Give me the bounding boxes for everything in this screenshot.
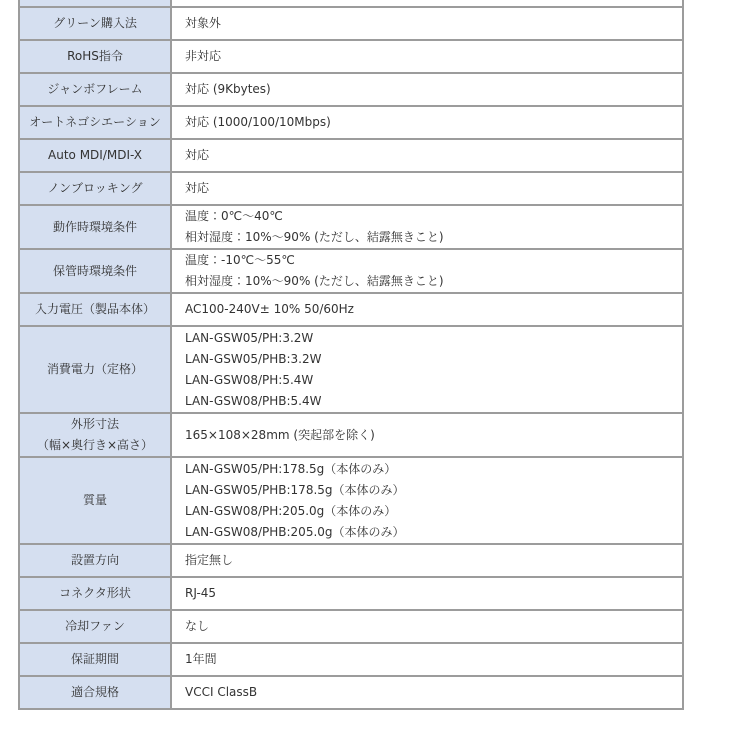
spec-text-line: オートネゴシエーション [20,112,170,133]
spec-label-cell [19,0,171,7]
spec-text-line: LAN-GSW08/PH:205.0g（本体のみ） [185,501,676,522]
spec-label-cell: 入力電圧（製品本体） [19,293,171,326]
spec-label-cell: 適合規格 [19,676,171,709]
table-row: オートネゴシエーション対応 (1000/100/10Mbps) [19,106,683,139]
spec-text-line: グリーン購入法 [20,13,170,34]
spec-label-cell: コネクタ形状 [19,577,171,610]
spec-label-cell: 設置方向 [19,544,171,577]
spec-text-line: ジャンボフレーム [20,79,170,100]
spec-text-line: Auto MDI/MDI-X [20,145,170,166]
spec-label-cell: 冷却ファン [19,610,171,643]
spec-value-cell: 対応 (9Kbytes) [171,73,683,106]
spec-text-line: RJ-45 [185,583,676,604]
spec-text-line: 温度：-10℃～55℃ [185,250,676,271]
spec-text-line: 対象外 [185,13,676,34]
spec-label-cell: 質量 [19,457,171,544]
table-row: RoHS指令非対応 [19,40,683,73]
spec-value-cell: 温度：0℃～40℃相対湿度：10%～90% (ただし、結露無きこと) [171,205,683,249]
spec-value-cell: 温度：-10℃～55℃相対湿度：10%～90% (ただし、結露無きこと) [171,249,683,293]
spec-value-cell [171,0,683,7]
table-row: 設置方向指定無し [19,544,683,577]
table-row: 質量LAN-GSW05/PH:178.5g（本体のみ）LAN-GSW05/PHB… [19,457,683,544]
spec-table-body: グリーン購入法対象外RoHS指令非対応ジャンボフレーム対応 (9Kbytes)オ… [19,0,683,709]
spec-label-cell: RoHS指令 [19,40,171,73]
spec-value-cell: 対応 [171,172,683,205]
spec-text-line: 冷却ファン [20,616,170,637]
spec-value-cell: 指定無し [171,544,683,577]
spec-label-cell: 外形寸法（幅×奥行き×高さ） [19,413,171,457]
spec-label-cell: オートネゴシエーション [19,106,171,139]
spec-text-line: RoHS指令 [20,46,170,67]
table-row: 保証期間1年間 [19,643,683,676]
spec-text-line: AC100-240V± 10% 50/60Hz [185,299,676,320]
spec-value-cell: 対応 [171,139,683,172]
spec-text-line: 対応 [185,145,676,166]
spec-text-line: 非対応 [185,46,676,67]
table-row: 外形寸法（幅×奥行き×高さ）165×108×28mm (突起部を除く) [19,413,683,457]
spec-label-cell: 保管時環境条件 [19,249,171,293]
spec-text-line: LAN-GSW08/PHB:5.4W [185,391,676,412]
table-row: 冷却ファンなし [19,610,683,643]
spec-label-cell: グリーン購入法 [19,7,171,40]
spec-text-line: （幅×奥行き×高さ） [20,435,170,456]
spec-text-line: 指定無し [185,550,676,571]
spec-text-line: 温度：0℃～40℃ [185,206,676,227]
spec-text-line: 適合規格 [20,682,170,703]
spec-value-cell: 165×108×28mm (突起部を除く) [171,413,683,457]
table-row: 保管時環境条件温度：-10℃～55℃相対湿度：10%～90% (ただし、結露無き… [19,249,683,293]
spec-value-cell: VCCI ClassB [171,676,683,709]
spec-text-line: LAN-GSW08/PH:5.4W [185,370,676,391]
spec-text-line: VCCI ClassB [185,682,676,703]
spec-text-line: なし [185,616,676,637]
spec-label-cell: Auto MDI/MDI-X [19,139,171,172]
spec-label-cell: ノンブロッキング [19,172,171,205]
spec-text-line: 設置方向 [20,550,170,571]
table-row: 適合規格VCCI ClassB [19,676,683,709]
spec-text-line: 消費電力（定格） [20,359,170,380]
table-row: ノンブロッキング対応 [19,172,683,205]
spec-label-cell: ジャンボフレーム [19,73,171,106]
spec-text-line: 質量 [20,490,170,511]
spec-text-line: LAN-GSW08/PHB:205.0g（本体のみ） [185,522,676,543]
spec-value-cell: 対応 (1000/100/10Mbps) [171,106,683,139]
spec-text-line: 対応 (1000/100/10Mbps) [185,112,676,133]
spec-table: グリーン購入法対象外RoHS指令非対応ジャンボフレーム対応 (9Kbytes)オ… [18,0,684,710]
spec-value-cell: 1年間 [171,643,683,676]
table-row: Auto MDI/MDI-X対応 [19,139,683,172]
spec-text-line: 対応 (9Kbytes) [185,79,676,100]
spec-label-cell: 動作時環境条件 [19,205,171,249]
spec-text-line: 相対湿度：10%～90% (ただし、結露無きこと) [185,227,676,248]
spec-text-line: ノンブロッキング [20,178,170,199]
spec-text-line: 動作時環境条件 [20,217,170,238]
table-row: 入力電圧（製品本体）AC100-240V± 10% 50/60Hz [19,293,683,326]
spec-text-line: 165×108×28mm (突起部を除く) [185,425,676,446]
spec-text-line: 1年間 [185,649,676,670]
spec-value-cell: AC100-240V± 10% 50/60Hz [171,293,683,326]
spec-value-cell: 対象外 [171,7,683,40]
spec-text-line: LAN-GSW05/PH:3.2W [185,328,676,349]
table-row: コネクタ形状RJ-45 [19,577,683,610]
spec-value-cell: LAN-GSW05/PH:178.5g（本体のみ）LAN-GSW05/PHB:1… [171,457,683,544]
spec-text-line: LAN-GSW05/PHB:3.2W [185,349,676,370]
table-row: 動作時環境条件温度：0℃～40℃相対湿度：10%～90% (ただし、結露無きこと… [19,205,683,249]
spec-value-cell: なし [171,610,683,643]
spec-text-line: 外形寸法 [20,414,170,435]
spec-label-cell: 消費電力（定格） [19,326,171,413]
spec-text-line: 相対湿度：10%～90% (ただし、結露無きこと) [185,271,676,292]
table-row: 消費電力（定格）LAN-GSW05/PH:3.2WLAN-GSW05/PHB:3… [19,326,683,413]
spec-value-cell: RJ-45 [171,577,683,610]
table-row: ジャンボフレーム対応 (9Kbytes) [19,73,683,106]
spec-text-line: コネクタ形状 [20,583,170,604]
spec-text-line: 入力電圧（製品本体） [20,299,170,320]
spec-text-line: 対応 [185,178,676,199]
table-row [19,0,683,7]
spec-label-cell: 保証期間 [19,643,171,676]
table-row: グリーン購入法対象外 [19,7,683,40]
spec-text-line: LAN-GSW05/PHB:178.5g（本体のみ） [185,480,676,501]
spec-text-line: LAN-GSW05/PH:178.5g（本体のみ） [185,459,676,480]
spec-text-line: 保証期間 [20,649,170,670]
spec-value-cell: 非対応 [171,40,683,73]
spec-text-line: 保管時環境条件 [20,261,170,282]
spec-value-cell: LAN-GSW05/PH:3.2WLAN-GSW05/PHB:3.2WLAN-G… [171,326,683,413]
